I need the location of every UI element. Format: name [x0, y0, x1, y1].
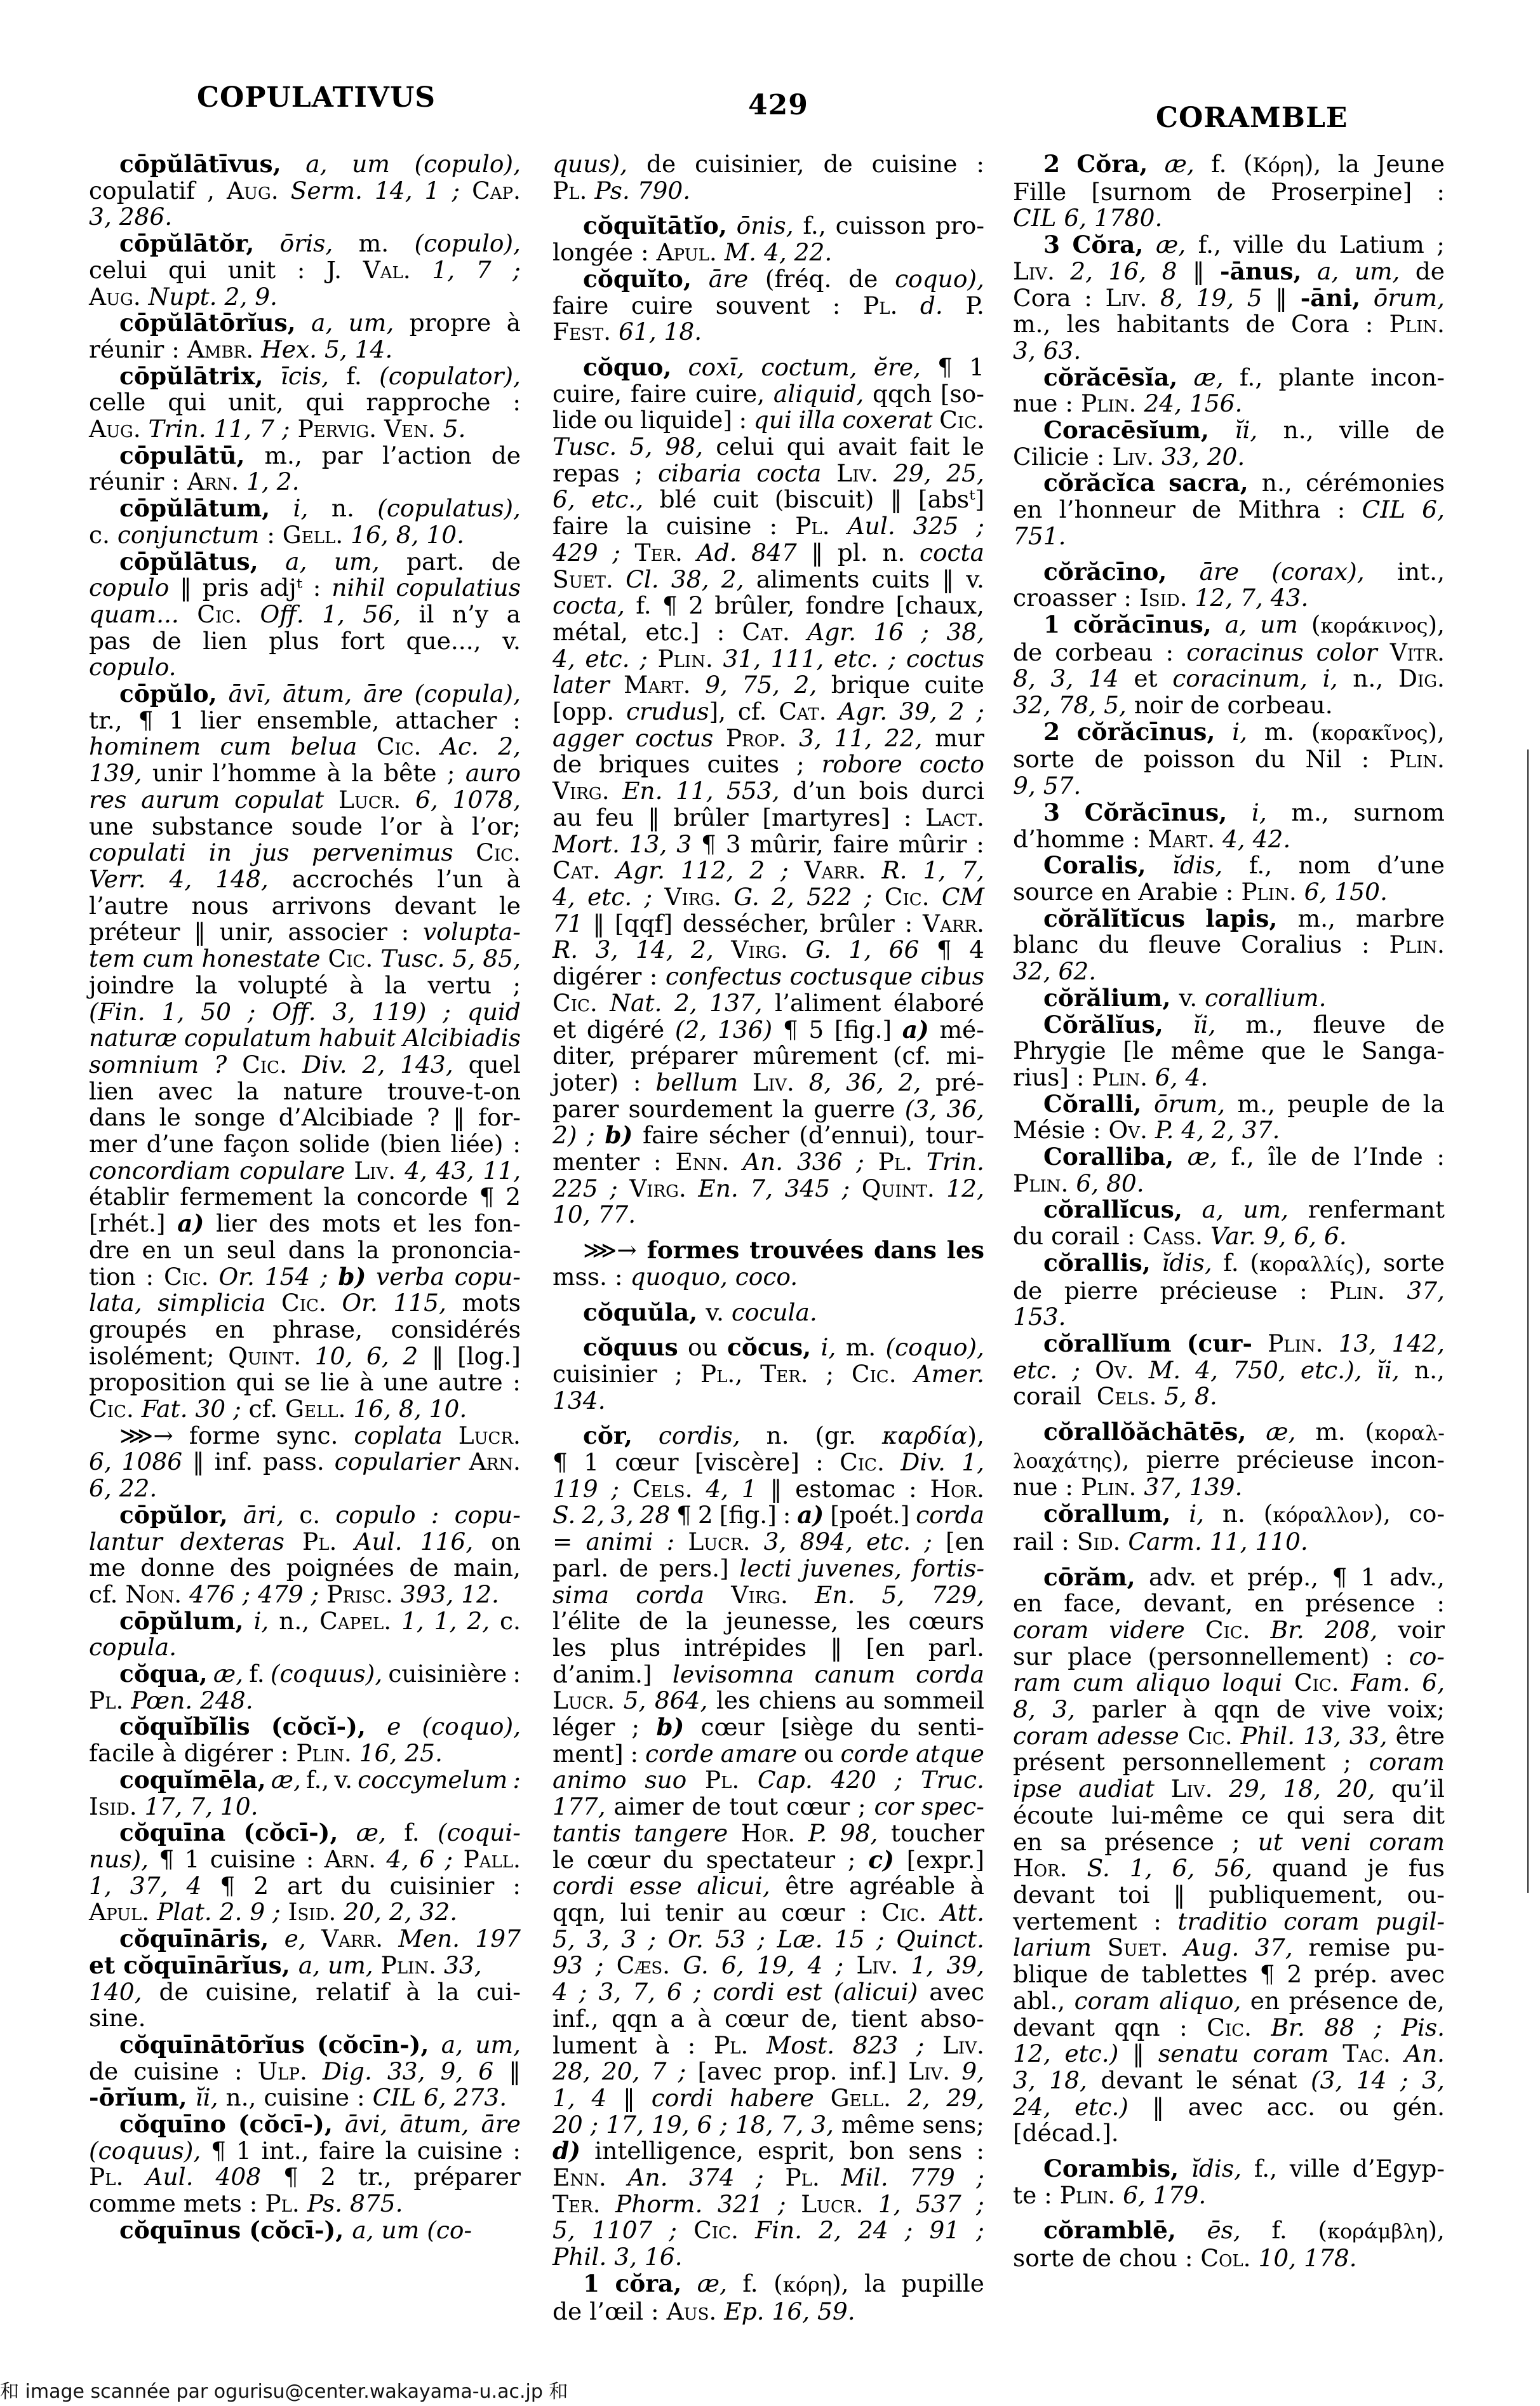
word: En. — [698, 1176, 738, 1202]
dictionary-line: 225;Virg.En.7,345;Quint.12, — [552, 1176, 984, 1202]
word: esprit, — [758, 2138, 835, 2165]
word: 374 — [689, 2165, 735, 2191]
word: G. — [805, 937, 831, 964]
word: 20, — [602, 2059, 640, 2085]
word: Liv. — [354, 1158, 396, 1185]
dictionary-line: vertement:traditiocorampugil- — [1013, 1909, 1445, 1935]
word: n. — [331, 495, 354, 522]
word: : — [653, 1149, 662, 1176]
word: ; — [976, 699, 984, 725]
word: qu’il — [1391, 1776, 1445, 1803]
word: 1 — [185, 1846, 200, 1873]
word: Quint. — [862, 1176, 935, 1202]
word: S. — [552, 1502, 575, 1529]
word: de — [1100, 1961, 1129, 1988]
text-run: 61, 18. — [619, 319, 702, 346]
dictionary-line: cōpŭlātōrĭus,a,um,propreà — [89, 310, 521, 337]
word: ĭdis, — [1162, 1250, 1212, 1278]
word: part. — [406, 549, 464, 575]
word: : — [717, 619, 725, 646]
word: : — [401, 919, 410, 946]
word: 14 — [1088, 666, 1119, 692]
word: a, — [1202, 1197, 1223, 1223]
word: 14 — [1356, 2067, 1387, 2094]
word: 4 — [592, 2085, 607, 2112]
word: ; — [1436, 232, 1445, 259]
word: (cur- — [1187, 1331, 1252, 1357]
word: Ov. — [1095, 1357, 1134, 1384]
dictionary-line: 5,1107;Cic.Fin.2,24;91; — [552, 2217, 984, 2244]
word: 17, — [606, 2112, 644, 2139]
word: en — [1013, 1590, 1042, 1617]
word: ; — [976, 2191, 984, 2218]
word: associer — [288, 919, 387, 946]
word: 6, — [1422, 497, 1445, 523]
word: corda — [636, 1582, 704, 1609]
word: copulatif — [89, 178, 195, 205]
word: songe — [194, 1105, 265, 1131]
dictionary-line: enl’honneurdeMithra:CIL6, — [1013, 497, 1445, 523]
word: īcis, — [281, 363, 329, 390]
word: ¶ — [662, 593, 678, 619]
word: le — [552, 1847, 574, 1874]
word: 28 — [640, 1502, 671, 1529]
word: etc. — [866, 1529, 911, 1556]
word: au — [737, 1900, 767, 1926]
word: ; — [452, 178, 460, 205]
word: 4 — [186, 1873, 201, 1900]
word: (coquus), — [89, 2138, 201, 2165]
text-run: Liv. — [1112, 444, 1162, 471]
word: cuisinier, — [695, 151, 804, 178]
dictionary-line: inf.,qqnaàcœurde,tientabso- — [552, 2006, 984, 2033]
word: 1, — [401, 1608, 424, 1635]
dictionary-line: bliquedetablettes¶2prép.avec — [1013, 1961, 1445, 1988]
word: Pl. — [863, 293, 897, 319]
word: 71 — [552, 911, 583, 938]
word: ; — [612, 540, 620, 567]
word: de — [1217, 179, 1246, 206]
text-run: Isid. — [89, 1794, 145, 1820]
word: ; — [924, 1529, 932, 1556]
word: souvent — [716, 293, 810, 319]
text-run: 10, 77. — [552, 1202, 636, 1228]
word: présence — [1289, 1988, 1399, 2015]
word: 1, — [878, 2191, 901, 2218]
word: ; — [248, 999, 256, 1026]
text-run: Hex. 5, 14. — [261, 337, 392, 363]
word: Cŏra, — [1076, 151, 1148, 179]
word: nom — [1299, 852, 1351, 879]
word: préteur — [89, 919, 180, 946]
dictionary-line: cŏrallŏăchātēs,æ,m.(κοραλ- — [1013, 1419, 1445, 1447]
word: il — [418, 601, 434, 628]
word: 823 — [853, 2033, 899, 2059]
word: āvi, — [345, 2111, 387, 2138]
word: pierre — [1064, 1278, 1138, 1305]
dictionary-line: joter):bellumLiv.8,36,2,pré- — [552, 1070, 984, 1096]
word: 6 — [478, 2059, 493, 2085]
text-run: Sid. — [1077, 1529, 1128, 1556]
word: 148, — [215, 866, 269, 893]
dictionary-line: cf. Non. 476 ; 479 ; Prisc. 393, 12. — [89, 1582, 521, 1608]
word: later — [552, 672, 610, 699]
word: 37, — [130, 1873, 168, 1900]
word: : — [1365, 311, 1374, 338]
word: Cic. — [164, 1264, 209, 1291]
word: à — [697, 2006, 711, 2033]
word: cŏquus — [583, 1334, 678, 1361]
word: R. — [552, 937, 578, 964]
word: color — [1316, 640, 1377, 666]
word: 136) — [718, 1017, 772, 1044]
word: d’un — [793, 778, 846, 805]
dictionary-line: 12,etc.)‖senatucoramTac.An. — [1013, 2041, 1445, 2067]
text-run: -ōrĭum, — [89, 2085, 196, 2111]
dictionary-line: sorte de chou : Col. 10, 178. — [1013, 2245, 1445, 2272]
word: aliquo, — [1159, 1988, 1241, 2015]
word: ; — [836, 1952, 844, 1979]
word: n., — [1414, 1357, 1445, 1384]
word: Ter. — [552, 2191, 601, 2218]
word: Cŏralli, — [1043, 1091, 1142, 1118]
word: [absᵗ] — [918, 487, 984, 513]
dictionary-line: présentpersonnellement;coram — [1013, 1749, 1445, 1776]
word: ‖ — [194, 919, 206, 946]
word: m., — [1298, 906, 1336, 932]
word: 1, — [848, 937, 871, 964]
text-run: 6, 80. — [1076, 1171, 1144, 1197]
word: 11, — [483, 1158, 521, 1185]
word: Fin. — [755, 2217, 802, 2244]
word: du — [663, 1847, 693, 1874]
word: e — [387, 1714, 401, 1740]
word: fon- — [474, 1211, 521, 1237]
word: 321 — [718, 2191, 763, 2218]
word: sacra, — [1168, 470, 1248, 497]
word: 116, — [420, 1529, 474, 1556]
dictionary-line: Phrygie[lemêmequeleSanga- — [1013, 1038, 1445, 1065]
dictionary-line: parersourdementlaguerre(3,36, — [552, 1096, 984, 1123]
text-run: Non. — [125, 1582, 189, 1608]
word: et — [392, 1211, 416, 1237]
word: fermement — [180, 1184, 312, 1211]
dictionary-line: cōpŭlo,āvī,ātum,āre(copula), — [89, 681, 521, 708]
word: hominem — [89, 734, 201, 760]
word: concordiam — [89, 1158, 231, 1185]
word: larium — [1013, 1935, 1092, 1961]
word: 729, — [931, 1582, 984, 1609]
word: 33, — [1349, 1723, 1388, 1750]
word: coplata — [354, 1423, 442, 1449]
word: mûrir — [899, 831, 967, 858]
word: 2, — [772, 884, 794, 911]
dictionary-line: te : Plin. 6, 179. — [1013, 2182, 1445, 2209]
word: ‖ — [509, 2059, 521, 2085]
word: cōpŭlum, — [119, 1608, 244, 1635]
word: inf. — [215, 1449, 253, 1475]
word: 13, — [629, 831, 667, 858]
word: ou — [804, 1741, 834, 1768]
text-run: nue : — [1013, 391, 1081, 417]
word: um, — [1243, 1197, 1289, 1223]
word: place — [1068, 1644, 1132, 1670]
word: cum — [220, 734, 272, 760]
text-run: cŏquŭla, — [583, 1300, 706, 1326]
word: voir — [1398, 1617, 1445, 1644]
word: à — [439, 814, 453, 840]
word: Aul. — [354, 1529, 402, 1556]
word: n. — [766, 1423, 789, 1449]
word: b) — [605, 1122, 633, 1149]
word: (Κόρη), — [1243, 151, 1321, 179]
word: 19, — [652, 2112, 690, 2139]
word: de — [152, 628, 181, 655]
word: personnellement — [1123, 1749, 1326, 1776]
dictionary-line: blancdufleuveCoralius:Plin. — [1013, 932, 1445, 958]
dictionary-line: Mésie : Ov. P. 4, 2, 37. — [1013, 1117, 1445, 1144]
word: pervenimus — [312, 840, 453, 866]
word: poisson — [1144, 746, 1235, 773]
word: : — [297, 257, 305, 284]
word: Ulp. — [258, 2059, 307, 2085]
word: diter, — [552, 1043, 615, 1070]
word: Pl. — [795, 513, 829, 540]
right-guideword: CORAMBLE — [1156, 102, 1348, 134]
word: : — [431, 1502, 439, 1529]
word: ; — [895, 1767, 903, 1794]
word: 4, — [552, 884, 575, 911]
dictionary-line: tantistangereHor.P.98,toucher — [552, 1820, 984, 1847]
word: coquo), — [895, 266, 984, 293]
word: Virg. — [664, 884, 721, 911]
word: 3, — [764, 1529, 787, 1556]
word: senatu — [1158, 2041, 1239, 2067]
text-run: 33, 20. — [1162, 444, 1245, 471]
word: 19, — [1196, 285, 1234, 312]
word: celui — [716, 434, 773, 460]
word: ou — [688, 1334, 718, 1361]
word: 1078, — [453, 787, 521, 814]
word: d’une — [147, 1131, 214, 1158]
text-run: et cŏquīnārĭus, — [89, 1952, 298, 1979]
word: : — [1299, 1278, 1308, 1305]
word: pré- — [935, 1070, 984, 1096]
word: me — [89, 1555, 126, 1582]
dictionary-line: danslesonged’Alcibiade?‖for- — [89, 1105, 521, 1131]
word: des — [230, 1555, 271, 1582]
word: Virg. — [629, 1176, 686, 1202]
text-run: Nupt. 2, 9. — [149, 284, 278, 311]
text-run: de l’œil : — [552, 2299, 667, 2325]
word: Aug. — [1184, 1935, 1239, 1961]
word: cŏrallŏăchātēs, — [1043, 1419, 1246, 1447]
word: quid — [467, 999, 521, 1026]
word: rapproche — [366, 389, 490, 416]
word: sur — [1013, 1644, 1052, 1670]
word: dre — [89, 1237, 130, 1264]
word: for- — [478, 1105, 521, 1131]
word: confectus — [666, 964, 782, 990]
word: 37, — [1407, 1278, 1445, 1305]
word: en — [142, 1237, 171, 1264]
word: lien — [89, 1079, 133, 1105]
word: l’or; — [472, 814, 521, 840]
word: de — [1416, 259, 1445, 285]
text-run: réunir : — [89, 469, 187, 495]
word: les — [428, 1211, 462, 1237]
text-run: copulo. — [89, 654, 177, 681]
word: ‖ — [942, 567, 954, 593]
word: a, — [1317, 259, 1339, 285]
word: a, — [305, 151, 327, 178]
text-run: Mart. — [1148, 826, 1222, 853]
word: au — [552, 805, 582, 831]
word: de — [1192, 497, 1221, 523]
word: liquide] — [640, 407, 732, 434]
word: um, — [475, 2032, 521, 2059]
word: qqn, — [552, 1900, 606, 1926]
word: trouve-t-on — [387, 1079, 521, 1105]
dictionary-line: unesubstancesoudel’oràl’or; — [89, 814, 521, 840]
text-run: Ep. 16, 59. — [724, 2299, 855, 2325]
word: ; — [644, 884, 652, 911]
word: ‖ — [770, 1476, 782, 1503]
word: ĭi, — [1193, 1012, 1216, 1038]
word: cuisine — [133, 2059, 219, 2085]
dictionary-line: Aug. Nupt. 2, 9. — [89, 284, 521, 311]
word: ; — [512, 257, 521, 284]
word: propre — [410, 310, 492, 337]
word: m., — [1291, 800, 1329, 826]
word: ¶ — [1332, 1564, 1347, 1591]
word: An. — [627, 2165, 667, 2191]
word: 53 — [715, 1926, 746, 1953]
dictionary-line: cŏquĭtātĭo,ōnis,f.,cuissonpro- — [552, 213, 984, 239]
word: [expr.] — [907, 1847, 984, 1874]
word: ⋙→ — [119, 1423, 173, 1449]
word: co- — [1409, 1644, 1445, 1670]
word: m. — [1264, 719, 1294, 747]
word: alicui, — [697, 1873, 770, 1900]
word: 5 — [808, 1017, 824, 1044]
word: Alcibiadis — [403, 1025, 521, 1052]
word: 7, — [780, 2112, 803, 2139]
text-run: Pervig. Ven. — [297, 416, 443, 443]
word: ou — [604, 407, 634, 434]
word: (copulo), — [415, 151, 521, 178]
dictionary-line: croasser : Isid. 12, 7, 43. — [1013, 585, 1445, 612]
word: Cl. — [626, 567, 659, 593]
word: cuisine — [666, 513, 752, 540]
word: copularier — [335, 1449, 459, 1475]
word: etc. — [587, 884, 632, 911]
word: Pl. — [302, 1529, 337, 1556]
word: ou- — [1407, 1882, 1445, 1909]
word: unit — [228, 257, 276, 284]
word: um — [352, 151, 390, 178]
word: ‖ — [593, 911, 605, 938]
dictionary-line: pasdelienplusfortque...,v. — [89, 628, 521, 655]
word: : — [1084, 285, 1092, 312]
word: Plin. — [1389, 311, 1445, 338]
word: qui — [168, 389, 206, 416]
word: 5, — [882, 1582, 905, 1609]
word: 6, — [552, 487, 575, 513]
word: Mart. — [624, 672, 691, 699]
word: (gr. — [815, 1423, 856, 1449]
word: les — [716, 1688, 750, 1714]
dictionary-line: depierreprécieuse:Plin.37, — [1013, 1278, 1445, 1305]
word: ĭi, — [1377, 1357, 1400, 1384]
word: qui — [305, 389, 344, 416]
dictionary-line: cŏquo,coxī,coctum,ĕre,¶1 — [552, 354, 984, 381]
word: Ter. — [760, 1361, 808, 1388]
word: (κόραλλον), — [1264, 1501, 1391, 1529]
word: que..., — [406, 628, 481, 655]
word: cŏquo, — [583, 354, 671, 381]
word: pierre — [1146, 1447, 1220, 1475]
word: i, — [293, 495, 309, 522]
text-run: n., cuisine : — [225, 2085, 372, 2111]
dictionary-line: mss. : quoquo, coco. — [552, 1264, 984, 1291]
word: surnom — [1353, 800, 1445, 826]
dictionary-line: 3Cŏrăcīnus,i,m.,surnom — [1013, 800, 1445, 826]
text-run: cf. — [249, 1396, 285, 1423]
word: : — [783, 1502, 791, 1529]
word: de — [1276, 1697, 1306, 1723]
word: 1, — [162, 999, 185, 1026]
dictionary-line: abl.,coramaliquo,enprésencede, — [1013, 1988, 1445, 2015]
dictionary-line: cŏrăcĭcasacra,n.,cérémonies — [1013, 470, 1445, 497]
dictionary-line: ⋙→formesync.coplataLucr. — [89, 1423, 521, 1449]
word: ātum, — [283, 681, 352, 708]
word: faire — [552, 513, 608, 540]
word: ; — [678, 2059, 686, 2085]
word: solide — [299, 1131, 370, 1158]
word: ce — [1242, 1803, 1269, 1829]
word: ; — [635, 460, 643, 487]
text-run: corallium. — [1205, 985, 1326, 1012]
word: 6, — [1172, 1855, 1195, 1882]
text-run: 1, 2. — [246, 469, 299, 495]
dictionary-line: tion:Cic.Or.154;b)verbacopu- — [89, 1264, 521, 1291]
word: v. — [334, 1767, 352, 1794]
text-run: sine. — [89, 2005, 146, 2032]
word: écoute — [1013, 1803, 1094, 1829]
dictionary-line: etdigéré(2,136)¶5[fig.]a)mé- — [552, 1017, 984, 1044]
dictionary-line: nus),¶1cuisine:Arn.4,6;Pall. — [89, 1846, 521, 1873]
dictionary-line: cŏquusoucŏcus,i,m.(coquo), — [552, 1334, 984, 1361]
word: Cic. — [1207, 2015, 1252, 2041]
word: lapis, — [1205, 906, 1277, 932]
word: dit — [1412, 1803, 1445, 1829]
word: ¶ — [479, 1184, 495, 1211]
word: 119 — [552, 1476, 598, 1503]
dictionary-line: cōpŭlātum,i,n.(copulatus), — [89, 495, 521, 522]
dictionary-line: Plin. 6, 80. — [1013, 1171, 1445, 1197]
dictionary-line: propositionquiselieàuneautre: — [89, 1369, 521, 1396]
word: Nat. — [610, 990, 662, 1017]
word: établir — [89, 1184, 169, 1211]
word: Cic. — [852, 1361, 897, 1388]
word: nihil — [331, 575, 385, 601]
word: Cic. — [242, 1052, 287, 1079]
word: menter — [552, 1149, 639, 1176]
word: : — [234, 2059, 243, 2085]
word: ĭi, — [1235, 417, 1257, 444]
word: digéré — [587, 1017, 664, 1044]
